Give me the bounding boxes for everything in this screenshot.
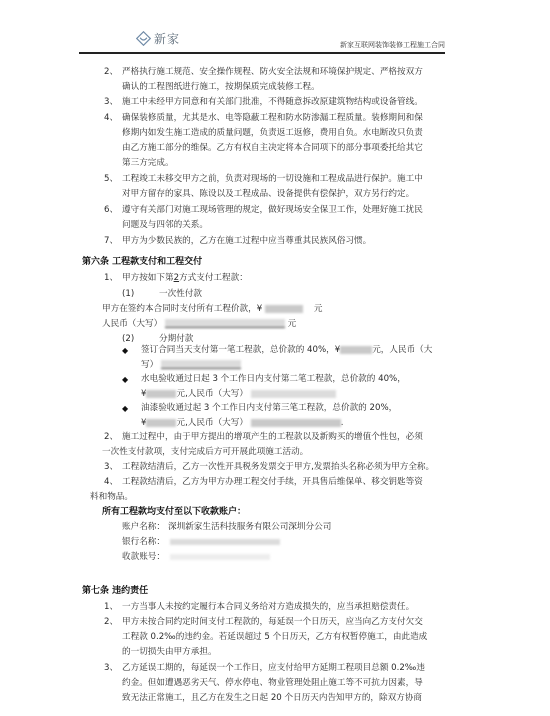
document-title: 新家互联网装饰装修工程施工合同 xyxy=(340,40,445,50)
text-fragment: 元，人民币（大 xyxy=(372,345,432,355)
redacted-bank-name xyxy=(170,539,280,545)
account-heading: 所有工程款均支付至以下收款账户： xyxy=(102,507,246,518)
redacted-account-number xyxy=(170,554,270,560)
installment-line: ¥元,人民币（大写） . xyxy=(141,418,343,429)
clause-text: 对甲方留存的家具、陈设以及工程成品、设备提供有偿保护，双方另行约定。 xyxy=(122,189,414,200)
text-fragment: 甲方在签约本合同时支付所有工程价款，¥ xyxy=(102,304,262,314)
clause-text: 施工中未经甲方同意和有关部门批准，不得随意拆改原建筑物结构或设备管线。 xyxy=(122,97,423,108)
clause-text: 料和物品。 xyxy=(90,492,133,503)
payment-method-line: 甲方按如下第2方式支付工程款： xyxy=(122,273,248,284)
item-number: 5、 xyxy=(104,174,118,185)
clause-text: 甲方为少数民族的，乙方在施工过程中应当尊重其民族风俗习惯。 xyxy=(122,236,371,247)
clause-text: 一次性支付款项，支付完成后方可开展此项施工活动。 xyxy=(102,447,308,458)
text-fragment: 元 xyxy=(288,319,297,329)
text-fragment: 人民币（大写） xyxy=(102,319,162,329)
account-name-value: 深圳新家生活科技服务有限公司深圳分公司 xyxy=(168,522,331,533)
clause-text: 甲方未按合同约定时间支付工程款的，每延误一个日历天，应当向乙方支付欠交 xyxy=(122,617,423,628)
header-divider xyxy=(79,52,445,54)
text-fragment: 甲方按如下第 xyxy=(122,273,174,283)
bank-name-label: 银行名称： xyxy=(122,537,165,548)
text-fragment: 方式支付工程款： xyxy=(179,273,248,283)
installment-line: 签订合同当天支付第一笔工程款，总价款的 40%，¥元，人民币（大 xyxy=(141,345,432,356)
option-number: (1) xyxy=(122,289,134,300)
brand-logo: 新家 xyxy=(136,30,180,47)
installment-line: 写） xyxy=(141,360,241,371)
section-heading: 第六条 工程款支付和工程交付 xyxy=(82,257,202,268)
clause-text: 确认的工程图纸进行施工，按期保质完成装修工程。 xyxy=(122,82,320,93)
redacted-amount xyxy=(146,419,176,427)
item-number: 3、 xyxy=(104,97,118,108)
clause-text: 修期内如发生施工造成的质量问题，负责返工返修，费用自负。水电断改只负责 xyxy=(122,128,423,139)
item-number: 2、 xyxy=(104,67,118,78)
redacted-amount xyxy=(265,305,303,313)
item-number: 1、 xyxy=(104,273,118,284)
text-fragment: 元,人民币（大写） xyxy=(176,389,247,399)
lump-sum-words-line: 人民币（大写） 元 xyxy=(102,319,296,330)
redacted-amount xyxy=(146,390,176,398)
clause-text: 施工过程中，由于甲方提出的增项产生的工程款以及新购买的增值个性包，必须 xyxy=(122,432,423,443)
section-heading: 第七条 违约责任 xyxy=(82,586,148,597)
text-fragment: 元 xyxy=(314,304,323,314)
clause-text: 严格执行施工规范、安全操作规程、防火安全法规和环境保护规定、严格按双方 xyxy=(122,67,423,78)
clause-text: 由乙方施工部分的维保。乙方有权自主决定将本合同项下的部分事项委托给其它 xyxy=(122,143,423,154)
bullet-diamond-icon: ◆ xyxy=(122,403,128,414)
redacted-amount-words xyxy=(165,319,285,328)
clause-text: 问题及与四邻的关系。 xyxy=(122,220,208,231)
clause-text: 工程款 0.2‰的违约金。若延误超过 5 个日历天，乙方有权暂停施工，由此造成 xyxy=(122,632,427,643)
diamond-logo-icon xyxy=(136,31,151,46)
text-fragment: 写） xyxy=(141,360,158,370)
clause-text: 的一切损失由甲方承担。 xyxy=(122,647,217,658)
contract-page: 新家 新家互联网装饰装修工程施工合同 2、 严格执行施工规范、安全操作规程、防火… xyxy=(0,0,550,716)
bullet-diamond-icon: ◆ xyxy=(122,374,128,385)
redacted-amount xyxy=(340,346,372,354)
clause-text: 致无法正常施工，且乙方在发生之日起 20 个日历天内告知甲方的，除双方协商 xyxy=(122,693,422,704)
logo-text: 新家 xyxy=(154,30,180,47)
text-fragment: 签订合同当天支付第一笔工程款，总价款的 40%，¥ xyxy=(141,345,340,355)
clause-text: 第三方完成。 xyxy=(122,158,174,169)
page-header: 新家 新家互联网装饰装修工程施工合同 xyxy=(79,26,445,54)
clause-text: 工程款结清后，乙方为甲方办理工程交付手续，开具售后维保单、移交钥匙等资 xyxy=(122,477,423,488)
clause-text: 遵守有关部门对施工现场管理的规定，做好现场安全保卫工作，处理好施工扰民 xyxy=(122,205,423,216)
item-number: 6、 xyxy=(104,205,118,216)
item-number: 3、 xyxy=(104,462,118,473)
lump-sum-line: 甲方在签约本合同时支付所有工程价款，¥ 元 xyxy=(102,304,322,315)
item-number: 1、 xyxy=(104,602,118,613)
clause-text: 一方当事人未按约定履行本合同义务给对方造成损失的，应当承担赔偿责任。 xyxy=(122,602,414,613)
item-number: 4、 xyxy=(104,113,118,124)
installment-line: 油漆验收通过起 3 个工作日内支付第三笔工程款，总价款的 20%， xyxy=(141,403,397,414)
item-number: 2、 xyxy=(104,432,118,443)
option-number: (2) xyxy=(122,334,134,345)
item-number: 7、 xyxy=(104,236,118,247)
redacted-amount-words xyxy=(251,390,336,398)
clause-text: 工程竣工未移交甲方之前，负责对现场的一切设施和工程成品进行保护。施工中 xyxy=(122,174,423,185)
installment-line: 水电验收通过日起 3 个工作日内支付第二笔工程款，总价款的 40%， xyxy=(141,374,406,385)
account-number-label: 收款账号： xyxy=(122,552,165,563)
installment-line: ¥元,人民币（大写） xyxy=(141,389,336,400)
text-fragment: 元,人民币（大写） xyxy=(176,418,247,428)
clause-text: 工程款结清后，乙方一次性开具税务发票交于甲方,发票抬头名称必须为甲方全称。 xyxy=(122,462,434,473)
clause-text: 乙方延误工期的，每延误一个工作日，应支付给甲方延期工程项目总额 0.2‰违 xyxy=(122,663,425,674)
option-label: 一次性付款 xyxy=(159,289,202,300)
redacted-amount-words xyxy=(251,419,341,427)
clause-text: 确保装修质量，尤其是水、电等隐蔽工程和防水防渗漏工程质量。装修期间和保 xyxy=(122,113,423,124)
bullet-diamond-icon: ◆ xyxy=(122,345,128,356)
redacted-amount-words xyxy=(161,360,241,369)
clause-text: 约金。但如遭遇恶劣天气、停水停电、物业管理处阻止施工等不可抗力因素，导 xyxy=(122,678,423,689)
account-name-label: 账户名称： xyxy=(122,522,165,533)
item-number: 4、 xyxy=(104,477,118,488)
item-number: 3、 xyxy=(104,663,118,674)
item-number: 2、 xyxy=(104,617,118,628)
option-label: 分期付款 xyxy=(159,334,193,345)
